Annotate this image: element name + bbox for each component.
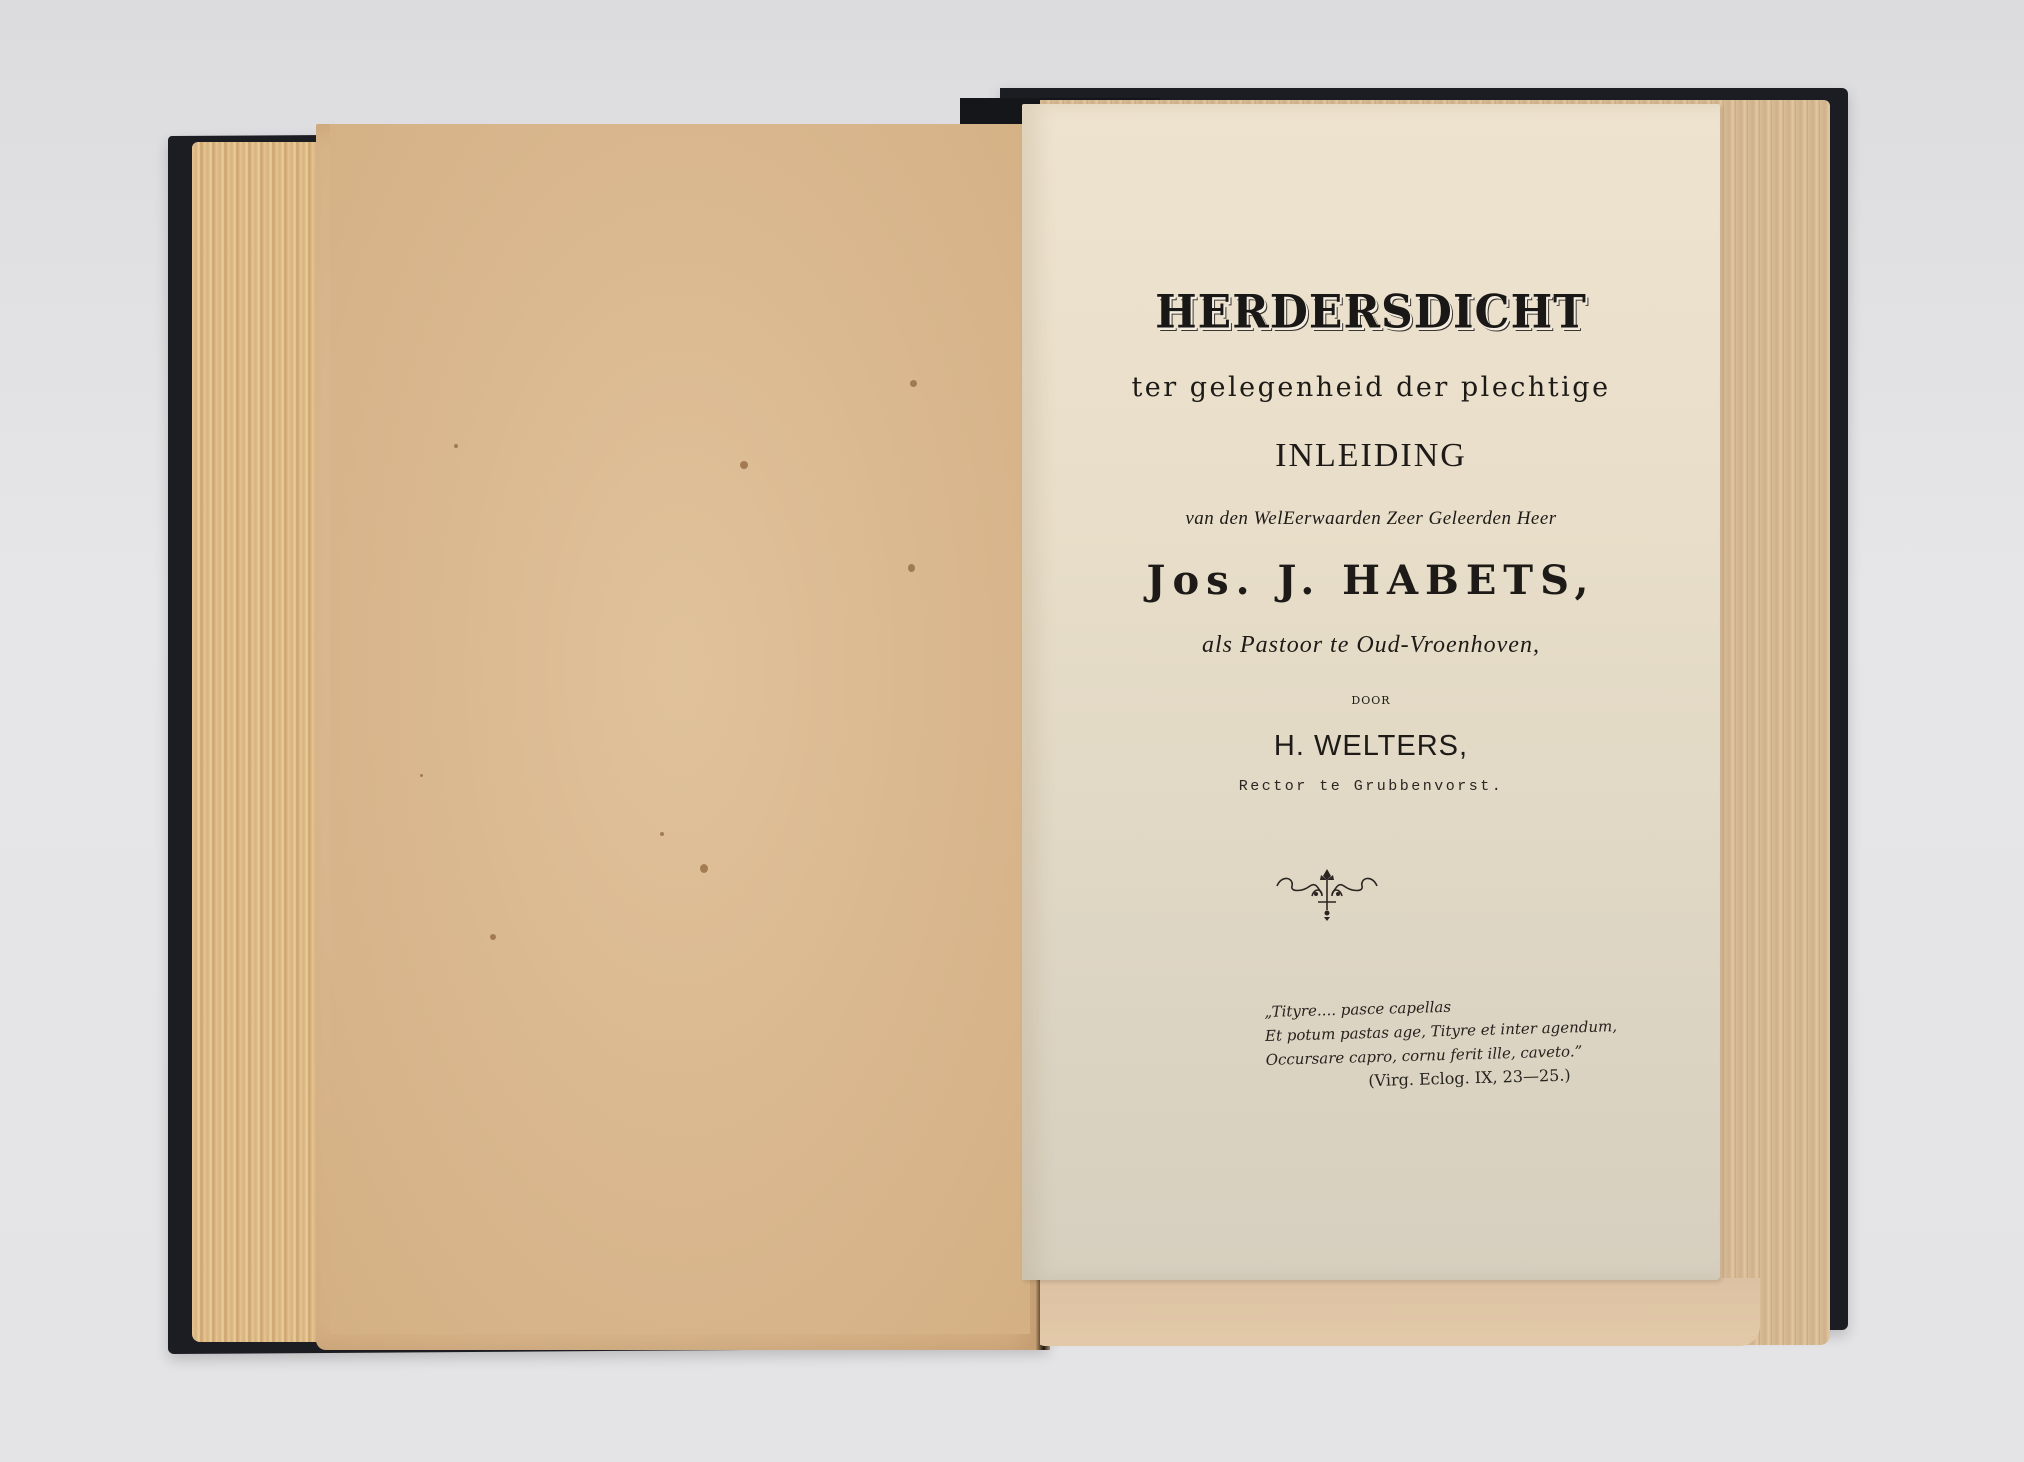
foxing-spot <box>700 864 708 873</box>
left-page-surface <box>330 124 1030 1334</box>
book-title: HERDERSDICHT <box>1022 286 1720 340</box>
left-page-edges <box>192 142 332 1342</box>
occasion-heading: INLEIDING <box>1022 437 1720 475</box>
foxing-spot <box>454 444 458 448</box>
foxing-spot <box>910 380 917 387</box>
foxing-spot <box>740 461 748 469</box>
honorific-line: van den WelEerwaarden Zeer Geleerden Hee… <box>1022 508 1720 530</box>
honoree-position: als Pastoor te Oud-Vroenhoven, <box>1022 632 1720 659</box>
fleuron-ornament-icon <box>1272 866 1382 922</box>
foxing-spot <box>490 934 496 940</box>
title-page <box>1022 104 1720 1280</box>
foxing-spot <box>660 832 664 836</box>
right-under-page <box>1040 1278 1760 1346</box>
book-subtitle: ter gelegenheid der plechtige <box>1022 372 1720 403</box>
by-label: DOOR <box>1022 694 1720 707</box>
author-name: H. WELTERS, <box>1022 730 1720 763</box>
foxing-spot <box>420 774 423 777</box>
honoree-name: Jos. J. HABETS, <box>1022 557 1720 604</box>
foxing-spot <box>908 564 915 572</box>
epigraph: „Tityre.... pasce capellas Et potum past… <box>1264 990 1627 1096</box>
author-title: Rector te Grubbenvorst. <box>1022 778 1720 795</box>
